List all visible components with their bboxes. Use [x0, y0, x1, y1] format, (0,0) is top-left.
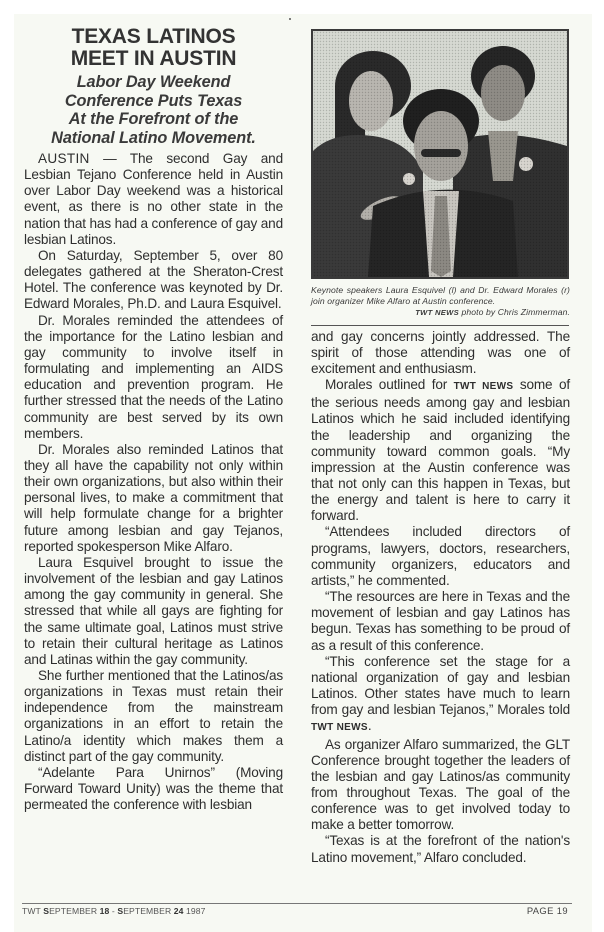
article-paragraph: Dr. Morales also reminded Latinos that t… [24, 442, 283, 555]
page-number: PAGE 19 [527, 905, 568, 916]
headline-line-2: MEET IN AUSTIN [71, 47, 237, 70]
photo-caption: Keynote speakers Laura Esquivel (l) and … [311, 285, 570, 319]
article-body-left: AUSTIN — The second Gay and Lesbian Teja… [24, 151, 283, 813]
left-column: TEXAS LATINOS MEET IN AUSTIN Labor Day W… [24, 26, 283, 813]
print-speck [289, 18, 291, 20]
article-body-right: and gay concerns jointly addressed. The … [311, 329, 570, 866]
photo-credit: TWT NEWS photo by Chris Zimmerman. [311, 307, 570, 318]
right-column: Keynote speakers Laura Esquivel (l) and … [311, 29, 570, 866]
headline-line-1: TEXAS LATINOS [72, 25, 236, 48]
article-paragraph: and gay concerns jointly addressed. The … [311, 329, 570, 377]
subhead-line: Labor Day Weekend [77, 73, 231, 91]
article-paragraph: “This conference set the stage for a nat… [311, 654, 570, 737]
article-paragraph: “Adelante Para Unirnos” (Moving Forward … [24, 765, 283, 813]
article-photo [311, 29, 569, 279]
article-paragraph: AUSTIN — The second Gay and Lesbian Teja… [24, 151, 283, 248]
article-paragraph: As organizer Alfaro summarized, the GLT … [311, 737, 570, 834]
headline: TEXAS LATINOS MEET IN AUSTIN [24, 26, 283, 70]
footer-issue-date: TWT SEPTEMBER 18 - SEPTEMBER 24 1987 [22, 906, 206, 916]
photo-image [313, 31, 567, 277]
article-paragraph: “Texas is at the forefront of the nation… [311, 833, 570, 865]
article-paragraph: On Saturday, September 5, over 80 delega… [24, 248, 283, 313]
article-paragraph: Dr. Morales reminded the attendees of th… [24, 313, 283, 442]
credit-publication: TWT NEWS [415, 308, 459, 317]
article-paragraph: Morales outlined for TWT NEWS some of th… [311, 377, 570, 524]
subhead-line: At the Forefront of the [69, 110, 239, 128]
subheadline: Labor Day Weekend Conference Puts Texas … [24, 73, 283, 147]
article-paragraph: Laura Esquivel brought to issue the invo… [24, 555, 283, 668]
article-paragraph: She further mentioned that the Latinos/a… [24, 668, 283, 765]
subhead-line: Conference Puts Texas [65, 92, 242, 110]
caption-text: Keynote speakers Laura Esquivel (l) and … [311, 285, 570, 306]
caption-divider [311, 325, 569, 326]
article-paragraph: “The resources are here in Texas and the… [311, 589, 570, 654]
dateline: AUSTIN [38, 151, 90, 166]
article-paragraph: “Attendees included directors of program… [311, 524, 570, 589]
publication-name: TWT NEWS [311, 722, 368, 733]
footer-divider [22, 903, 572, 904]
subhead-line: National Latino Movement. [51, 129, 256, 147]
publication-name: TWT NEWS [454, 381, 514, 392]
